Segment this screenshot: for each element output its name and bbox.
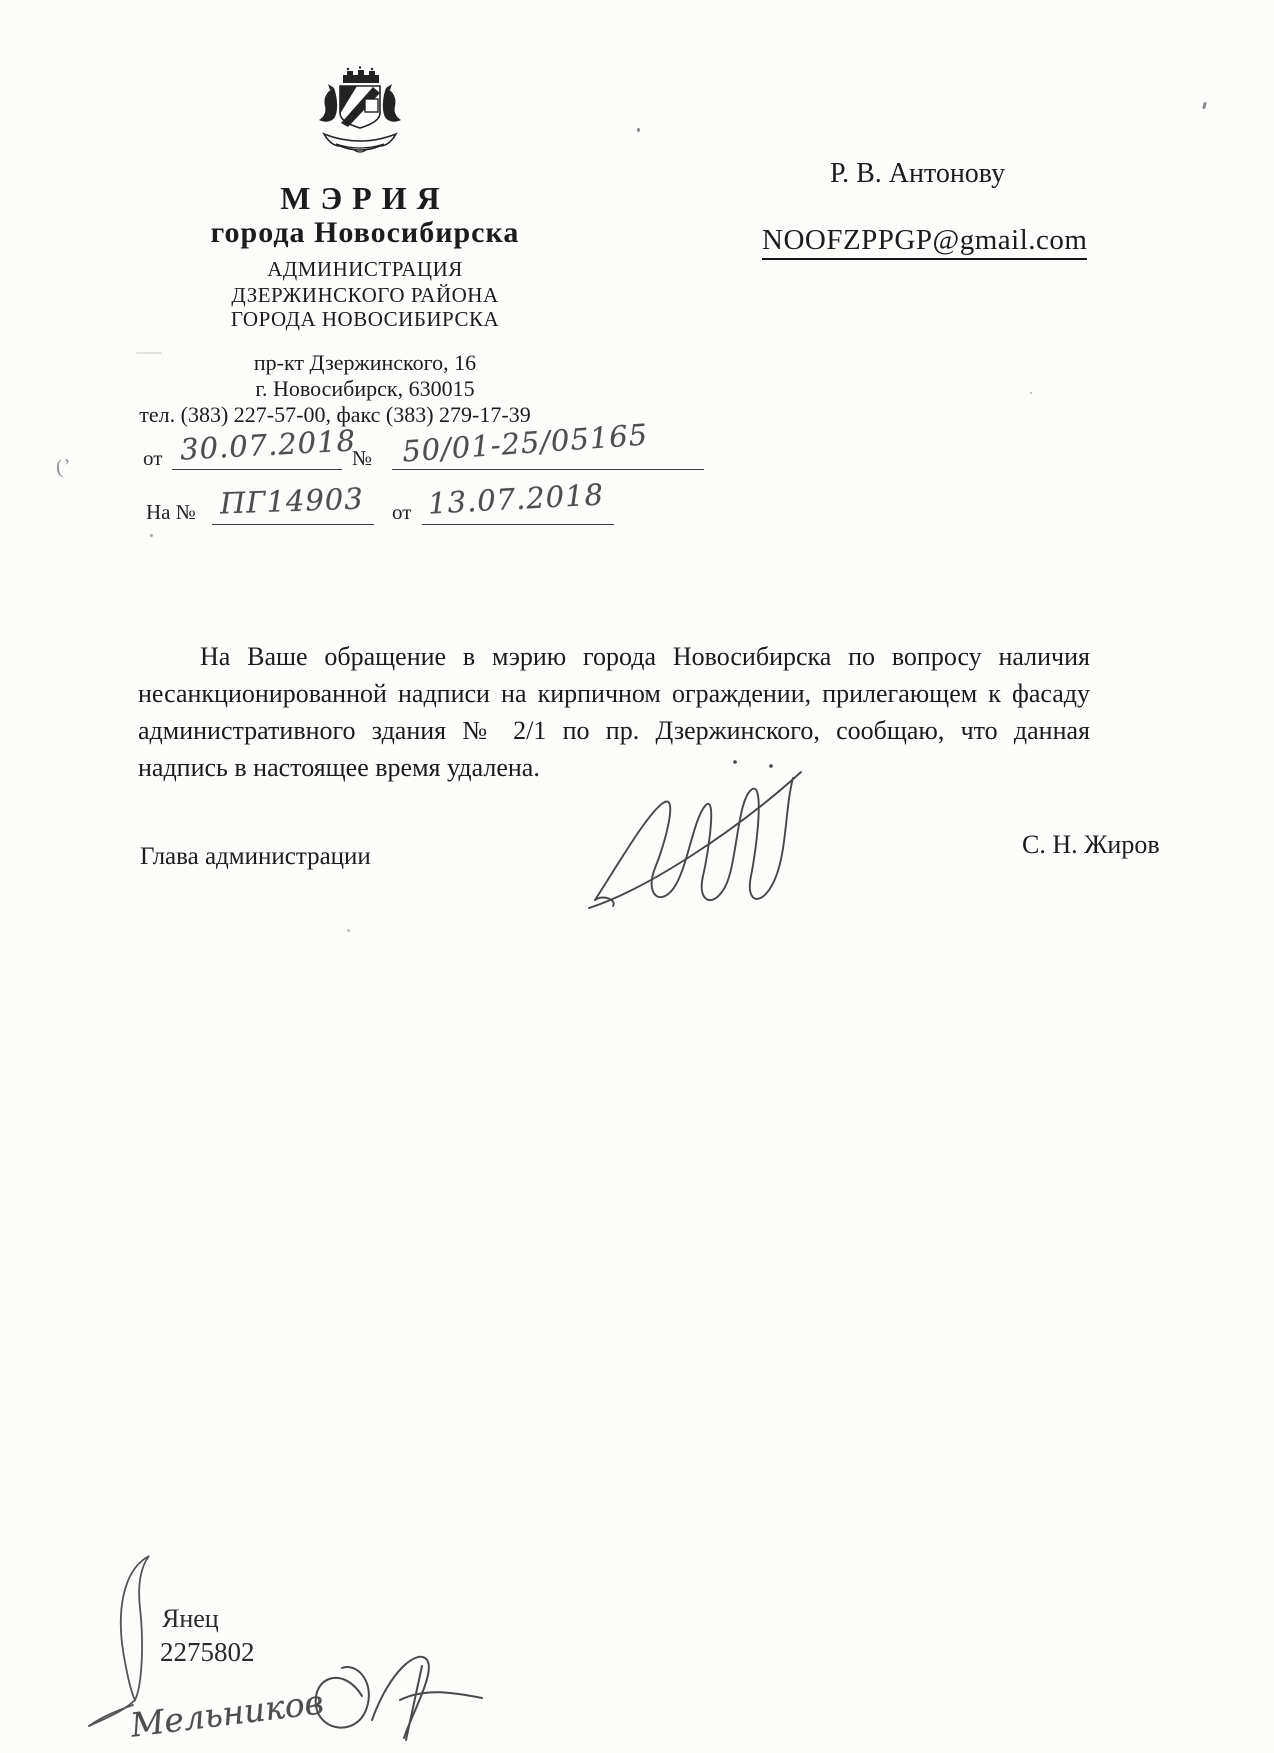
incoming-date-underline bbox=[422, 524, 614, 525]
incoming-date-handwritten: 13.07.2018 bbox=[427, 477, 605, 520]
org-name-line4: ДЗЕРЖИНСКОГО РАЙОНА bbox=[130, 283, 600, 308]
scan-speck bbox=[347, 929, 350, 932]
scan-speck bbox=[1202, 102, 1207, 110]
recipient-email: NOOFZPPGP@gmail.com bbox=[762, 224, 1087, 260]
outgoing-date-handwritten: 30.07.2018 bbox=[179, 423, 357, 466]
scan-speck bbox=[150, 534, 153, 537]
org-name-line5: ГОРОДА НОВОСИБИРСКА bbox=[130, 307, 600, 332]
scan-mark: ( ʼ bbox=[55, 455, 72, 479]
incoming-number-handwritten: ПГ14903 bbox=[219, 482, 364, 521]
recipient-name: Р. В. Антонову bbox=[830, 158, 1005, 190]
executor-phone: 2275802 bbox=[160, 1637, 255, 1668]
org-name-line3: АДМИНИСТРАЦИЯ bbox=[130, 257, 600, 282]
org-name-line1: МЭРИЯ bbox=[130, 180, 600, 217]
body-line-3: административного здания № 2/1 по пр. Дз… bbox=[138, 712, 1090, 749]
org-name-line2: города Новосибирска bbox=[130, 216, 600, 250]
incoming-date-label: от bbox=[392, 500, 411, 525]
scan-speck bbox=[637, 128, 640, 132]
outgoing-date-underline bbox=[172, 469, 342, 470]
scan-speck bbox=[1030, 392, 1032, 394]
scanned-letter-page: МЭРИЯ города Новосибирска АДМИНИСТРАЦИЯ … bbox=[0, 0, 1274, 1753]
body-line-1: На Ваше обращение в мэрию города Новосиб… bbox=[138, 638, 1090, 675]
incoming-number-label: На № bbox=[146, 500, 196, 525]
handwritten-flourish-signature-icon bbox=[300, 1638, 485, 1753]
outgoing-number-label: № bbox=[352, 446, 372, 471]
incoming-number-underline bbox=[212, 524, 374, 525]
executor-name: Янец bbox=[162, 1604, 219, 1634]
outgoing-number-underline bbox=[392, 469, 704, 470]
signer-name: С. Н. Жиров bbox=[1022, 830, 1160, 860]
scan-smudge bbox=[136, 352, 162, 354]
address-street: пр-кт Дзержинского, 16 bbox=[130, 350, 600, 376]
body-line-2: несанкционированной надписи на кирпичном… bbox=[138, 675, 1090, 712]
outgoing-date-label: от bbox=[143, 446, 162, 471]
address-city: г. Новосибирск, 630015 bbox=[130, 376, 600, 402]
signature-zhirov-icon bbox=[583, 750, 808, 922]
novosibirsk-coat-of-arms-icon bbox=[310, 66, 410, 162]
signer-title: Глава администрации bbox=[140, 843, 371, 871]
